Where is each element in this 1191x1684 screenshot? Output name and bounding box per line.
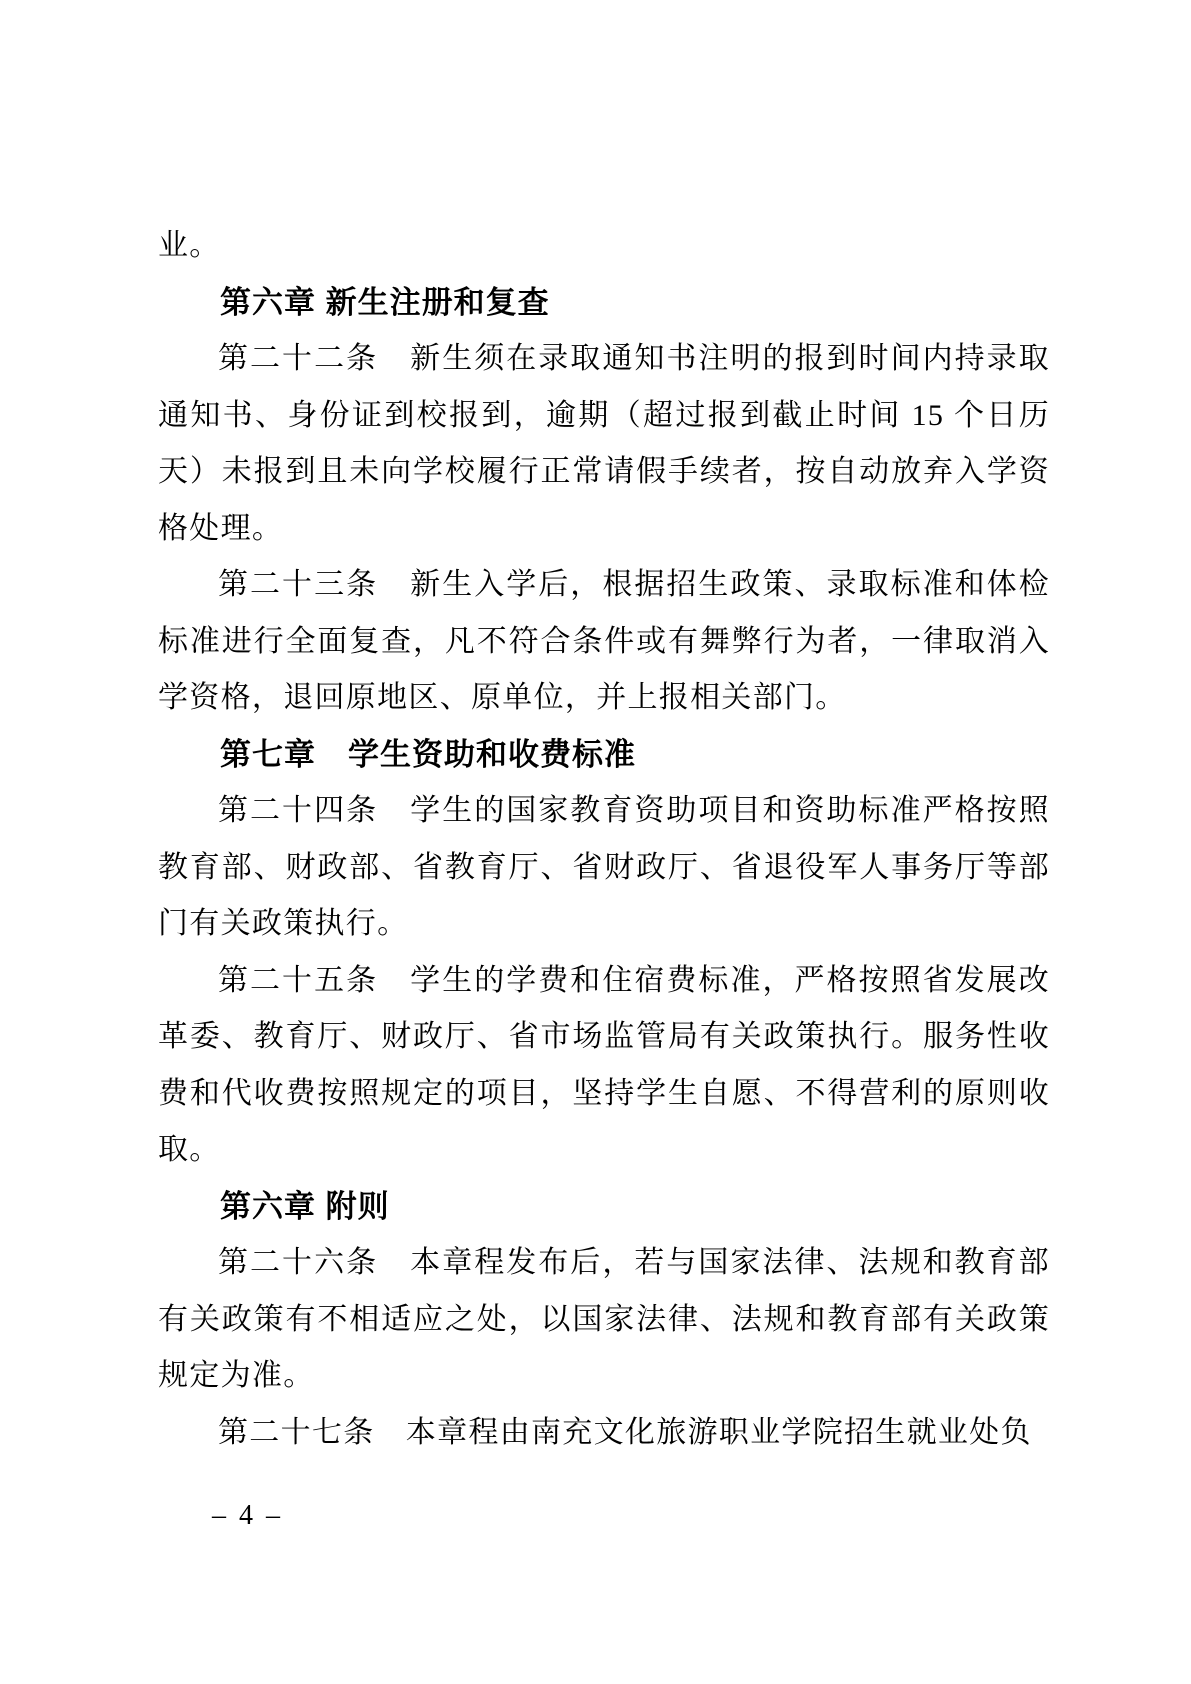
article-24-paragraph: 第二十四条 学生的国家教育资助项目和资助标准严格按照教育部、财政部、省教育厅、省…	[158, 783, 1050, 953]
chapter-heading-registration: 第六章 新生注册和复查	[158, 275, 1050, 332]
article-27-paragraph: 第二十七条 本章程由南充文化旅游职业学院招生就业处负	[158, 1405, 1050, 1462]
chapter-heading-fees: 第七章 学生资助和收费标准	[158, 727, 1050, 784]
article-26-paragraph: 第二十六条 本章程发布后，若与国家法律、法规和教育部有关政策有不相适应之处，以国…	[158, 1235, 1050, 1405]
document-page: 业。 第六章 新生注册和复查 第二十二条 新生须在录取通知书注明的报到时间内持录…	[0, 0, 1191, 1684]
article-23-paragraph: 第二十三条 新生入学后，根据招生政策、录取标准和体检标准进行全面复查，凡不符合条…	[158, 557, 1050, 727]
article-25-paragraph: 第二十五条 学生的学费和住宿费标准，严格按照省发展改革委、教育厅、财政厅、省市场…	[158, 953, 1050, 1179]
chapter-heading-supplementary: 第六章 附则	[158, 1179, 1050, 1236]
article-22-paragraph: 第二十二条 新生须在录取通知书注明的报到时间内持录取通知书、身份证到校报到，逾期…	[158, 331, 1050, 557]
document-text-block: 业。 第六章 新生注册和复查 第二十二条 新生须在录取通知书注明的报到时间内持录…	[158, 218, 1050, 1461]
page-number: – 4 –	[212, 1500, 283, 1532]
paragraph-continuation: 业。	[158, 218, 1050, 275]
